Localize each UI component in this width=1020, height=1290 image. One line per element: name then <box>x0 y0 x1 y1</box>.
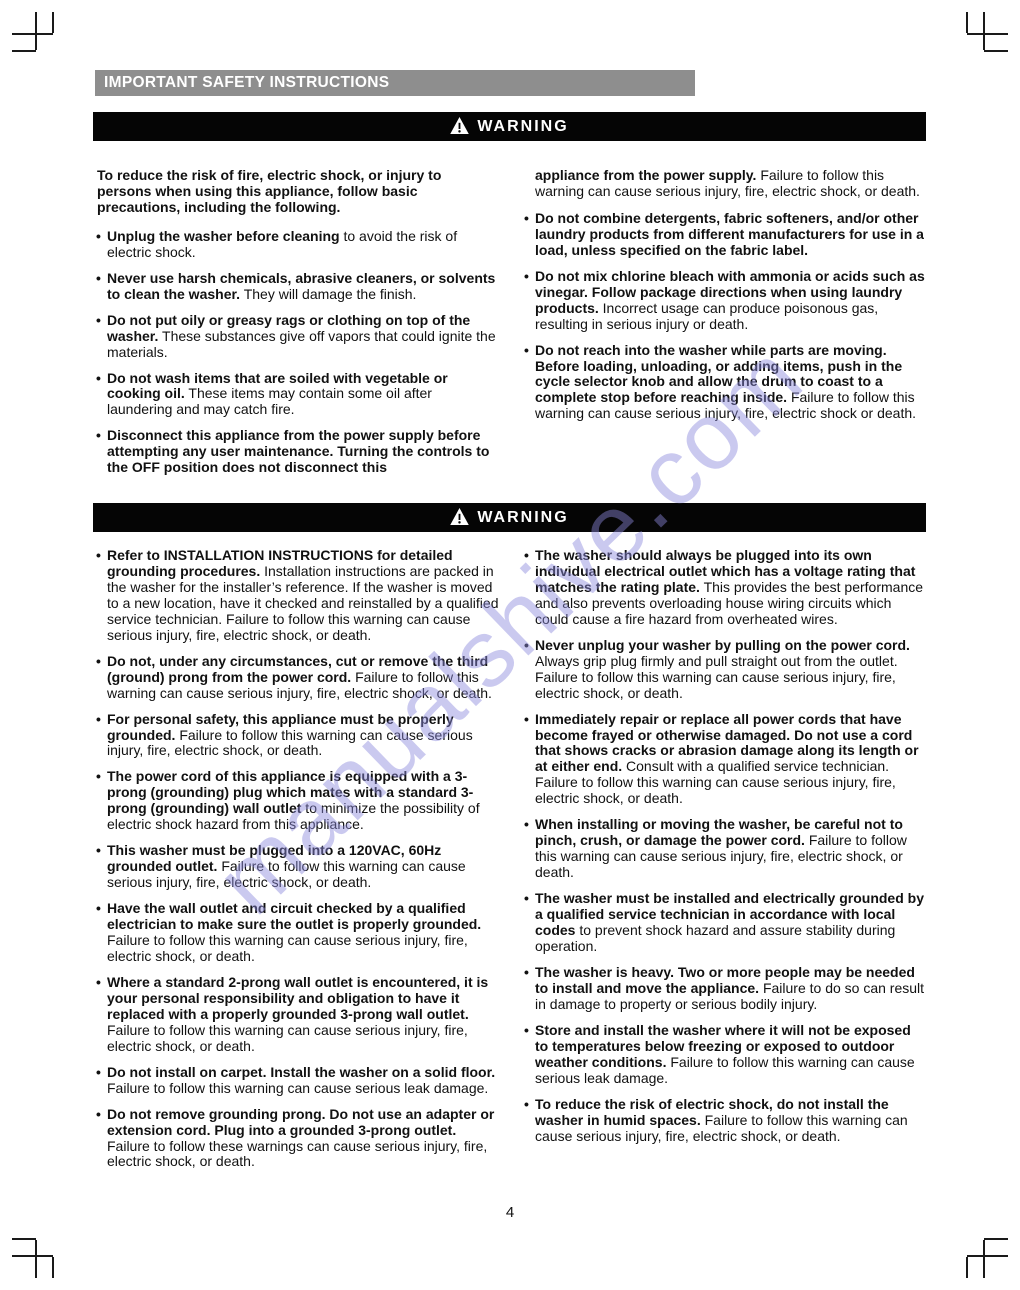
crop-line <box>984 1239 1008 1241</box>
safety-bullet-item: Disconnect this appliance from the power… <box>97 428 499 476</box>
crop-line <box>984 50 1008 52</box>
crop-line <box>35 12 37 50</box>
column-right: appliance from the power supply. Failure… <box>525 168 927 486</box>
crop-line <box>52 12 54 33</box>
safety-bullet-item: For personal safety, this appliance must… <box>97 712 499 760</box>
page-title-text: IMPORTANT SAFETY INSTRUCTIONS <box>104 74 389 92</box>
bullet-rest-text: to prevent shock hazard and assure stabi… <box>535 922 895 954</box>
crop-line <box>967 1257 969 1278</box>
safety-bullet-item: When installing or moving the washer, be… <box>525 817 927 881</box>
crop-line <box>12 50 36 52</box>
bullet-bold-text: Unplug the washer before cleaning <box>107 228 340 244</box>
crop-line <box>52 1257 54 1278</box>
safety-bullet-item: Store and install the washer where it wi… <box>525 1023 927 1087</box>
warning-banner-label: WARNING <box>477 509 568 527</box>
crop-mark <box>960 1230 1020 1290</box>
safety-bullet-item: Immediately repair or replace all power … <box>525 712 927 808</box>
safety-bullet-item: To reduce the risk of electric shock, do… <box>525 1097 927 1145</box>
column-left: To reduce the risk of fire, electric sho… <box>97 168 499 486</box>
bullet-bold-text: Do not remove grounding prong. Do not us… <box>107 1106 494 1138</box>
crop-line <box>12 1256 53 1258</box>
safety-bullet-item: The power cord of this appliance is equi… <box>97 769 499 833</box>
safety-bullet-item: Never unplug your washer by pulling on t… <box>525 638 927 702</box>
bullet-rest-text: Failure to follow this warning can cause… <box>107 1022 468 1054</box>
safety-bullet-item: Do not install on carpet. Install the wa… <box>97 1065 499 1097</box>
bullet-rest-text: Failure to follow this warning can cause… <box>107 932 468 964</box>
crop-line <box>35 1240 37 1278</box>
safety-bullet-item: Never use harsh chemicals, abrasive clea… <box>97 271 499 303</box>
bullet-bold-text: Where a standard 2-prong wall outlet is … <box>107 974 488 1022</box>
intro-paragraph: To reduce the risk of fire, electric sho… <box>97 168 499 216</box>
bullet-rest-text: They will damage the finish. <box>240 286 416 302</box>
safety-bullet-list: Unplug the washer before cleaning to avo… <box>97 229 499 476</box>
manual-page: IMPORTANT SAFETY INSTRUCTIONS WARNING To… <box>0 0 1020 1290</box>
safety-bullet-item: Refer to INSTALLATION INSTRUCTIONS for d… <box>97 548 499 644</box>
crop-line <box>12 1239 36 1241</box>
bullet-rest-text: These substances give off vapors that co… <box>107 328 496 360</box>
safety-bullet-item: The washer must be installed and electri… <box>525 891 927 955</box>
safety-bullet-item: This washer must be plugged into a 120VA… <box>97 843 499 891</box>
crop-mark <box>960 0 1020 60</box>
bullet-rest-text: Failure to follow these warnings can cau… <box>107 1138 487 1170</box>
continuation-bold-text: appliance from the power supply. <box>535 167 756 183</box>
warning-banner: WARNING <box>93 503 926 532</box>
page-number: 4 <box>0 1204 1020 1221</box>
crop-mark <box>0 0 60 60</box>
safety-bullet-list: The washer should always be plugged into… <box>525 548 927 1144</box>
safety-bullet-item: Do not remove grounding prong. Do not us… <box>97 1107 499 1171</box>
bullet-bold-text: Disconnect this appliance from the power… <box>107 427 489 475</box>
bullet-rest-text: Failure to follow this warning can cause… <box>107 1080 488 1096</box>
safety-bullet-item: Do not put oily or greasy rags or clothi… <box>97 313 499 361</box>
safety-bullet-item: Unplug the washer before cleaning to avo… <box>97 229 499 261</box>
safety-bullet-list: Refer to INSTALLATION INSTRUCTIONS for d… <box>97 548 499 1170</box>
bullet-bold-text: Never unplug your washer by pulling on t… <box>535 637 910 653</box>
safety-bullet-item: Do not mix chlorine bleach with ammonia … <box>525 269 927 333</box>
warning-triangle-icon <box>450 117 469 134</box>
crop-mark <box>0 1230 60 1290</box>
safety-bullet-item: The washer is heavy. Two or more people … <box>525 965 927 1013</box>
crop-line <box>984 12 986 50</box>
bullet-rest-text: Always grip plug firmly and pull straigh… <box>535 653 898 701</box>
safety-bullet-item: Do not wash items that are soiled with v… <box>97 371 499 419</box>
safety-bullet-item: Do not reach into the washer while parts… <box>525 343 927 423</box>
page-title: IMPORTANT SAFETY INSTRUCTIONS <box>95 70 695 96</box>
safety-bullet-item: Have the wall outlet and circuit checked… <box>97 901 499 965</box>
safety-bullet-item: The washer should always be plugged into… <box>525 548 927 628</box>
warning-triangle-icon <box>450 508 469 525</box>
continuation-paragraph: appliance from the power supply. Failure… <box>525 168 927 200</box>
column-left: Refer to INSTALLATION INSTRUCTIONS for d… <box>97 548 499 1180</box>
bullet-bold-text: Do not install on carpet. Install the wa… <box>107 1064 495 1080</box>
safety-bullet-list: Do not combine detergents, fabric soften… <box>525 211 927 422</box>
crop-line <box>967 12 969 33</box>
crop-line <box>984 1240 986 1278</box>
crop-line <box>12 33 53 35</box>
column-right: The washer should always be plugged into… <box>525 548 927 1180</box>
warning-banner-label: WARNING <box>477 118 568 136</box>
safety-bullet-item: Where a standard 2-prong wall outlet is … <box>97 975 499 1055</box>
safety-bullet-item: Do not combine detergents, fabric soften… <box>525 211 927 259</box>
safety-bullet-item: Do not, under any circumstances, cut or … <box>97 654 499 702</box>
crop-line <box>967 33 1008 35</box>
warning-banner: WARNING <box>93 112 926 141</box>
bullet-bold-text: Have the wall outlet and circuit checked… <box>107 900 481 932</box>
crop-line <box>967 1256 1008 1258</box>
bullet-bold-text: Do not combine detergents, fabric soften… <box>535 210 924 258</box>
warning-section-1: To reduce the risk of fire, electric sho… <box>97 168 927 486</box>
warning-section-2: Refer to INSTALLATION INSTRUCTIONS for d… <box>97 548 927 1180</box>
